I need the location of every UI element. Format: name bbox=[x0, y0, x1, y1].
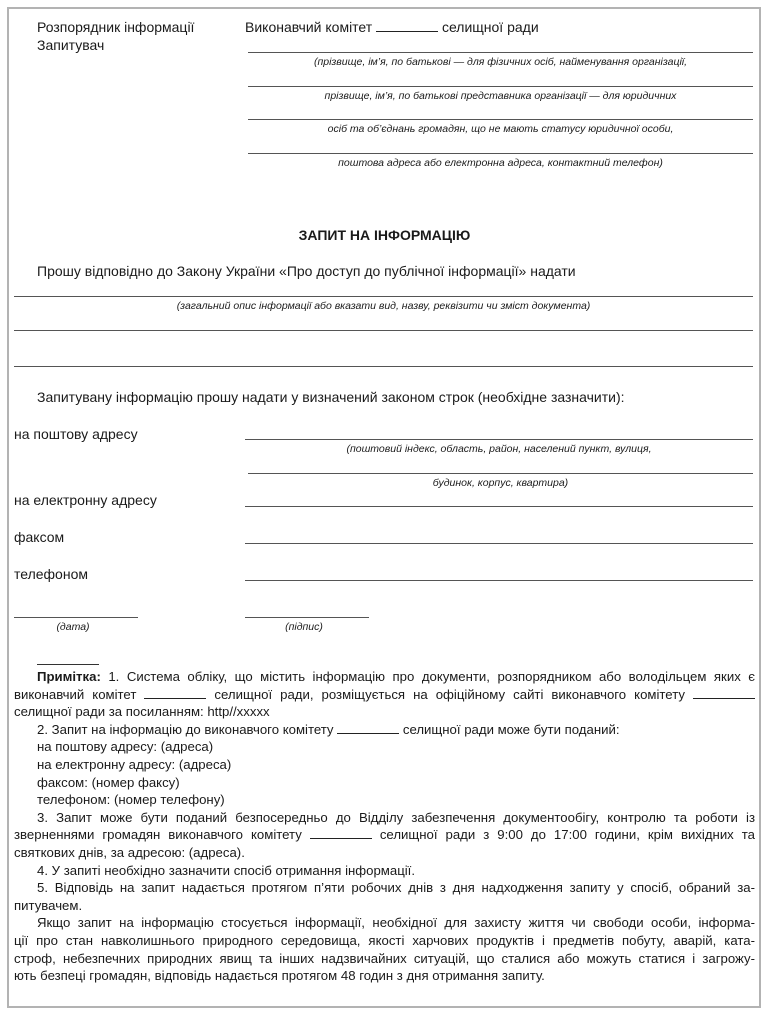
note-1-line-1: Примітка: 1. Система обліку, що містить … bbox=[14, 668, 755, 686]
postal-label: на поштову адресу bbox=[14, 426, 138, 442]
note-3-line-2: зверненнями громадян виконавчого комітет… bbox=[14, 826, 755, 844]
committee-name-blank-5[interactable] bbox=[310, 827, 372, 839]
request-field-2[interactable] bbox=[14, 330, 753, 331]
note-4: 4. У запиті необхідно зазначити спосіб о… bbox=[14, 862, 755, 880]
info-holder-label: Розпорядник інформації bbox=[37, 19, 194, 35]
footnote-separator bbox=[37, 664, 99, 665]
date-caption: (дата) bbox=[14, 621, 132, 633]
request-field-1[interactable] bbox=[14, 296, 753, 297]
recipient-suffix: селищної ради bbox=[442, 19, 539, 35]
email-label: на електронну адресу bbox=[14, 492, 157, 508]
delivery-intro: Запитувану інформацію прошу надати у виз… bbox=[37, 389, 625, 405]
requester-caption-4: поштова адреса або електронна адреса, ко… bbox=[248, 157, 753, 169]
fax-field[interactable] bbox=[245, 543, 753, 544]
date-field[interactable] bbox=[14, 617, 138, 618]
committee-name-blank-4[interactable] bbox=[337, 722, 399, 734]
note-2-item: на поштову адресу: (адреса) bbox=[14, 738, 755, 756]
postal-address-field-2[interactable] bbox=[248, 473, 753, 474]
note-1-line-2: виконавчий комітет селищної ради, розміщ… bbox=[14, 686, 755, 704]
requester-field-3[interactable] bbox=[248, 119, 753, 120]
note-2-item: телефоном: (номер телефону) bbox=[14, 791, 755, 809]
requester-label: Запитувач bbox=[37, 37, 104, 53]
phone-label: телефоном bbox=[14, 566, 88, 582]
note-6-line-4: ють безпеці громадян, відповідь надаєтьс… bbox=[14, 967, 755, 985]
note-1-line-3: селищної ради за посиланням: http//xxxxx bbox=[14, 703, 755, 721]
note-5-line-2: питувачем. bbox=[14, 897, 755, 915]
note-2-line-1: 2. Запит на інформацію до виконавчого ко… bbox=[14, 721, 755, 739]
requester-field-1[interactable] bbox=[248, 52, 753, 53]
note-2-item: на електронну адресу: (адреса) bbox=[14, 756, 755, 774]
page-title: ЗАПИТ НА ІНФОРМАЦІЮ bbox=[14, 227, 755, 243]
note-label: Примітка: bbox=[37, 669, 101, 684]
committee-name-blank-3[interactable] bbox=[693, 687, 755, 699]
note-6-line-1: Якщо запит на інформацію стосується інфо… bbox=[14, 914, 755, 932]
website-link-text: селищної ради за посиланням: http//xxxxx bbox=[14, 704, 270, 719]
note-5-line-1: 5. Відповідь на запит надається протягом… bbox=[14, 879, 755, 897]
requester-caption-2: прізвище, ім’я, по батькові представника… bbox=[248, 90, 753, 102]
request-intro: Прошу відповідно до Закону України «Про … bbox=[37, 263, 576, 279]
postal-address-field-1[interactable] bbox=[245, 439, 753, 440]
email-field[interactable] bbox=[245, 506, 753, 507]
note-3-line-3: святкових днів, за адресою: (адреса). bbox=[14, 844, 755, 862]
requester-caption-3: осіб та об’єднань громадян, що не мають … bbox=[248, 123, 753, 135]
signature-caption: (підпис) bbox=[245, 621, 363, 633]
note-6-line-3: строф, небезпечних природних явищ та інш… bbox=[14, 950, 755, 968]
recipient-line: Виконавчий комітет селищної ради bbox=[245, 19, 539, 35]
postal-caption-1: (поштовий індекс, область, район, населе… bbox=[245, 443, 753, 455]
phone-field[interactable] bbox=[245, 580, 753, 581]
requester-caption-1: (прізвище, ім’я, по батькові — для фізич… bbox=[248, 56, 753, 68]
note-6-line-2: ції про стан навколишнього природного се… bbox=[14, 932, 755, 950]
request-caption: (загальний опис інформації або вказати в… bbox=[14, 300, 753, 312]
notes-section: Примітка: 1. Система обліку, що містить … bbox=[14, 668, 755, 985]
fax-label: факсом bbox=[14, 529, 64, 545]
postal-caption-2: будинок, корпус, квартира) bbox=[248, 477, 753, 489]
note-2-item: факсом: (номер факсу) bbox=[14, 774, 755, 792]
note-3-line-1: 3. Запит може бути поданий безпосередньо… bbox=[14, 809, 755, 827]
signature-field[interactable] bbox=[245, 617, 369, 618]
recipient-prefix: Виконавчий комітет bbox=[245, 19, 372, 35]
requester-field-2[interactable] bbox=[248, 86, 753, 87]
requester-field-4[interactable] bbox=[248, 153, 753, 154]
request-field-3[interactable] bbox=[14, 366, 753, 367]
committee-name-blank-2[interactable] bbox=[144, 687, 206, 699]
committee-name-blank[interactable] bbox=[376, 20, 438, 32]
